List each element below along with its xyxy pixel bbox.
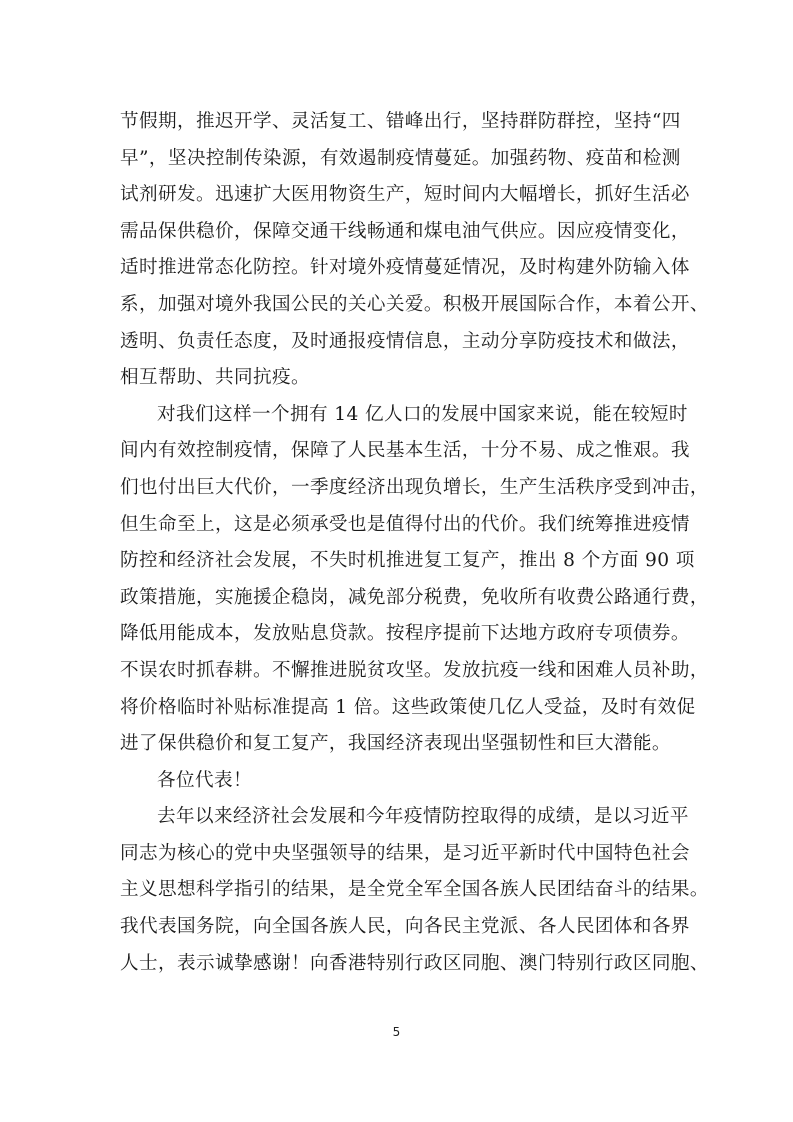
body-text: 节假期，推迟开学、灵活复工、错峰出行，坚持群防群控，坚持“四早”，坚决控制传染源…: [120, 104, 676, 982]
text-line: 主义思想科学指引的结果，是全党全军全国各族人民团结奋斗的结果。: [120, 872, 676, 909]
text-line: 我代表国务院，向全国各族人民，向各民主党派、各人民团体和各界: [120, 909, 676, 946]
text-line: 透明、负责任态度，及时通报疫情信息，主动分享防疫技术和做法，: [120, 324, 676, 361]
text-line: 但生命至上，这是必须承受也是值得付出的代价。我们统筹推进疫情: [120, 507, 676, 544]
text-line: 试剂研发。迅速扩大医用物资生产，短时间内大幅增长，抓好生活必: [120, 177, 676, 214]
text-line: 政策措施，实施援企稳岗，减免部分税费，免收所有收费公路通行费，: [120, 580, 676, 617]
text-line: 同志为核心的党中央坚强领导的结果，是习近平新时代中国特色社会: [120, 836, 676, 873]
text-line: 去年以来经济社会发展和今年疫情防控取得的成绩，是以习近平: [120, 799, 676, 836]
text-line: 早”，坚决控制传染源，有效遏制疫情蔓延。加强药物、疫苗和检测: [120, 141, 676, 178]
text-line: 降低用能成本，发放贴息贷款。按程序提前下达地方政府专项债券。: [120, 616, 676, 653]
text-line: 防控和经济社会发展，不失时机推进复工复产，推出 8 个方面 90 项: [120, 543, 676, 580]
text-line: 进了保供稳价和复工复产，我国经济表现出坚强韧性和巨大潜能。: [120, 726, 676, 763]
text-line: 间内有效控制疫情，保障了人民基本生活，十分不易、成之惟艰。我: [120, 433, 676, 470]
text-line: 对我们这样一个拥有 14 亿人口的发展中国家来说，能在较短时: [120, 397, 676, 434]
page-number: 5: [0, 1025, 793, 1039]
text-line: 人士，表示诚挚感谢！向香港特别行政区同胞、澳门特别行政区同胞、: [120, 946, 676, 983]
document-page: 节假期，推迟开学、灵活复工、错峰出行，坚持群防群控，坚持“四早”，坚决控制传染源…: [0, 0, 793, 1122]
text-line: 需品保供稳价，保障交通干线畅通和煤电油气供应。因应疫情变化，: [120, 214, 676, 251]
text-line: 节假期，推迟开学、灵活复工、错峰出行，坚持群防群控，坚持“四: [120, 104, 676, 141]
text-line: 们也付出巨大代价，一季度经济出现负增长，生产生活秩序受到冲击，: [120, 470, 676, 507]
text-line: 将价格临时补贴标准提高 1 倍。这些政策使几亿人受益，及时有效促: [120, 690, 676, 727]
text-line: 各位代表！: [120, 763, 676, 800]
text-line: 系，加强对境外我国公民的关心关爱。积极开展国际合作，本着公开、: [120, 287, 676, 324]
text-line: 适时推进常态化防控。针对境外疫情蔓延情况，及时构建外防输入体: [120, 250, 676, 287]
text-line: 不误农时抓春耕。不懈推进脱贫攻坚。发放抗疫一线和困难人员补助，: [120, 653, 676, 690]
text-line: 相互帮助、共同抗疫。: [120, 360, 676, 397]
